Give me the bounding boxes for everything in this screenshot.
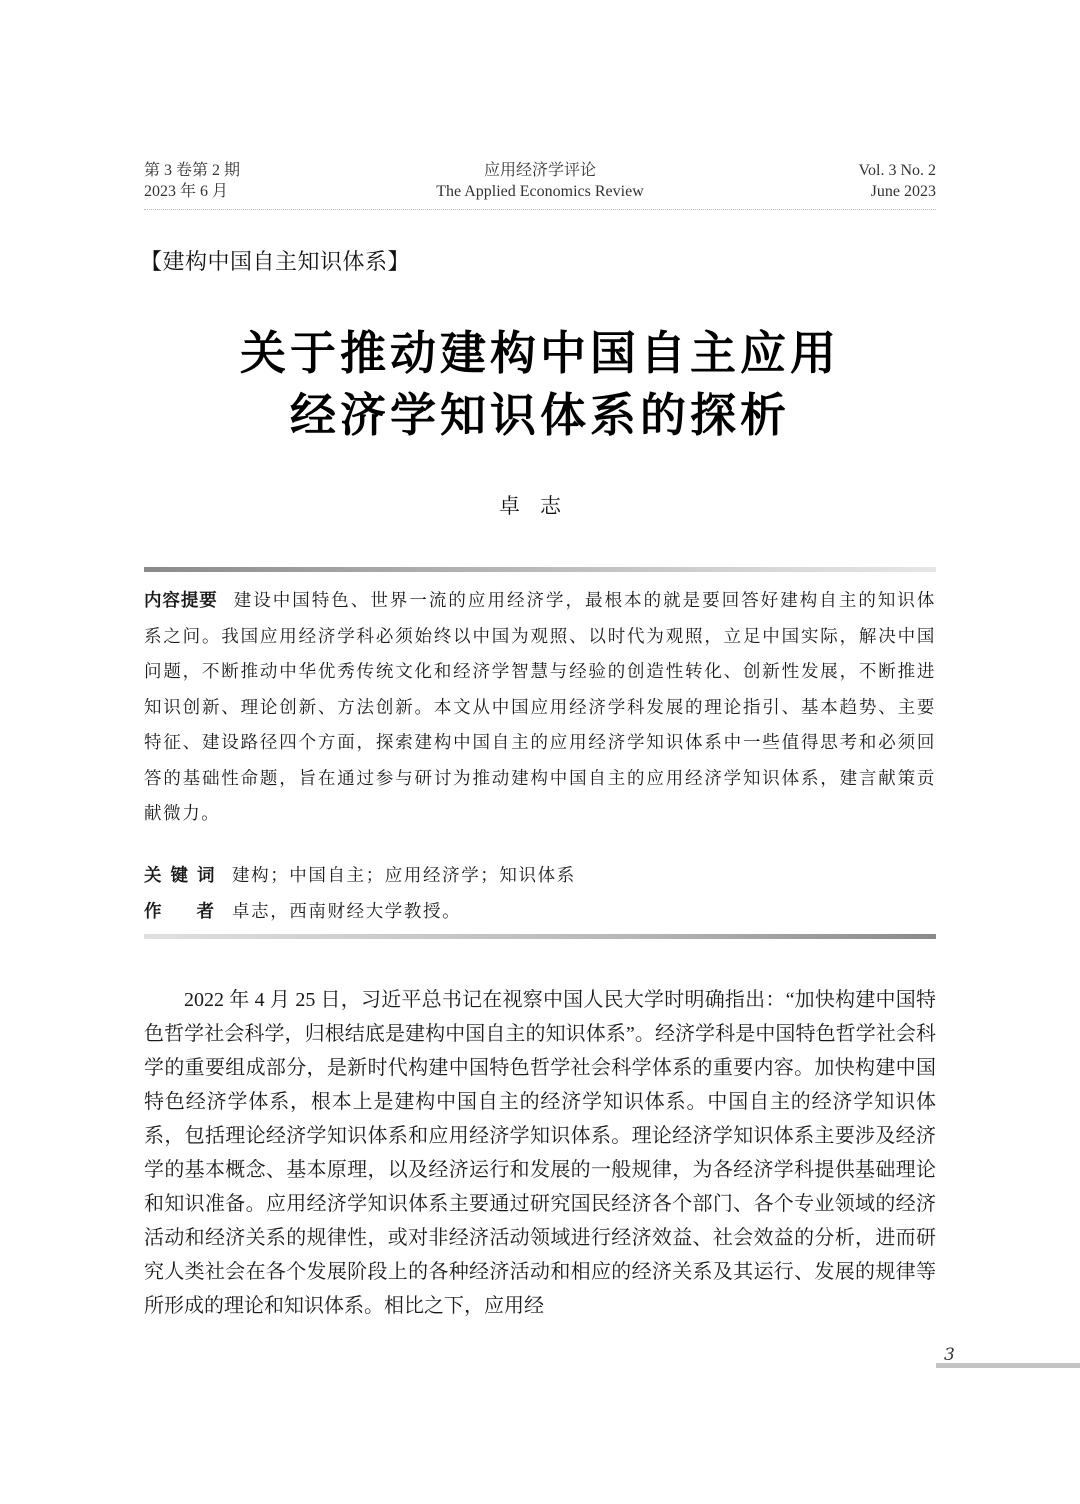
article-author: 卓志	[0, 490, 1080, 520]
keywords-row: 关键词建构；中国自主；应用经济学；知识体系	[144, 861, 936, 891]
title-line-1: 关于推动建构中国自主应用	[0, 322, 1080, 384]
journal-name: 应用经济学评论 The Applied Economics Review	[144, 160, 936, 202]
article-title: 关于推动建构中国自主应用 经济学知识体系的探析	[0, 322, 1080, 446]
author-info-row: 作 者卓志，西南财经大学教授。	[144, 897, 936, 927]
keywords-text: 建构；中国自主；应用经济学；知识体系	[232, 866, 576, 886]
abstract-label: 内容提要	[144, 591, 218, 611]
journal-name-cn: 应用经济学评论	[144, 160, 936, 181]
page-number: 3	[944, 1345, 955, 1365]
body-text: 2022 年 4 月 25 日，习近平总书记在视察中国人民大学时明确指出：“加快…	[144, 983, 936, 1323]
keywords-label: 关键词	[144, 861, 232, 891]
date-en: June 2023	[859, 181, 937, 202]
page-number-bar	[936, 1363, 1080, 1368]
header-divider	[144, 209, 936, 210]
journal-page: 第 3 卷第 2 期 2023 年 6 月 应用经济学评论 The Applie…	[0, 0, 1080, 1504]
issue-info-en: Vol. 3 No. 2 June 2023	[859, 160, 937, 202]
journal-name-en: The Applied Economics Review	[144, 181, 936, 202]
abstract-top-divider	[144, 567, 936, 572]
column-tag: 【建构中国自主知识体系】	[140, 245, 410, 276]
author-info-text: 卓志，西南财经大学教授。	[232, 902, 461, 922]
abstract-text: 建设中国特色、世界一流的应用经济学，最根本的就是要回答好建构自主的知识体系之问。…	[144, 591, 936, 824]
abstract-block: 内容提要建设中国特色、世界一流的应用经济学，最根本的就是要回答好建构自主的知识体…	[144, 584, 936, 833]
running-header: 第 3 卷第 2 期 2023 年 6 月 应用经济学评论 The Applie…	[144, 160, 936, 204]
abstract-bottom-divider	[144, 934, 936, 939]
title-line-2: 经济学知识体系的探析	[0, 384, 1080, 446]
author-info-label: 作 者	[144, 897, 232, 927]
body-paragraph: 2022 年 4 月 25 日，习近平总书记在视察中国人民大学时明确指出：“加快…	[144, 983, 936, 1323]
volume-issue-en: Vol. 3 No. 2	[859, 160, 937, 181]
